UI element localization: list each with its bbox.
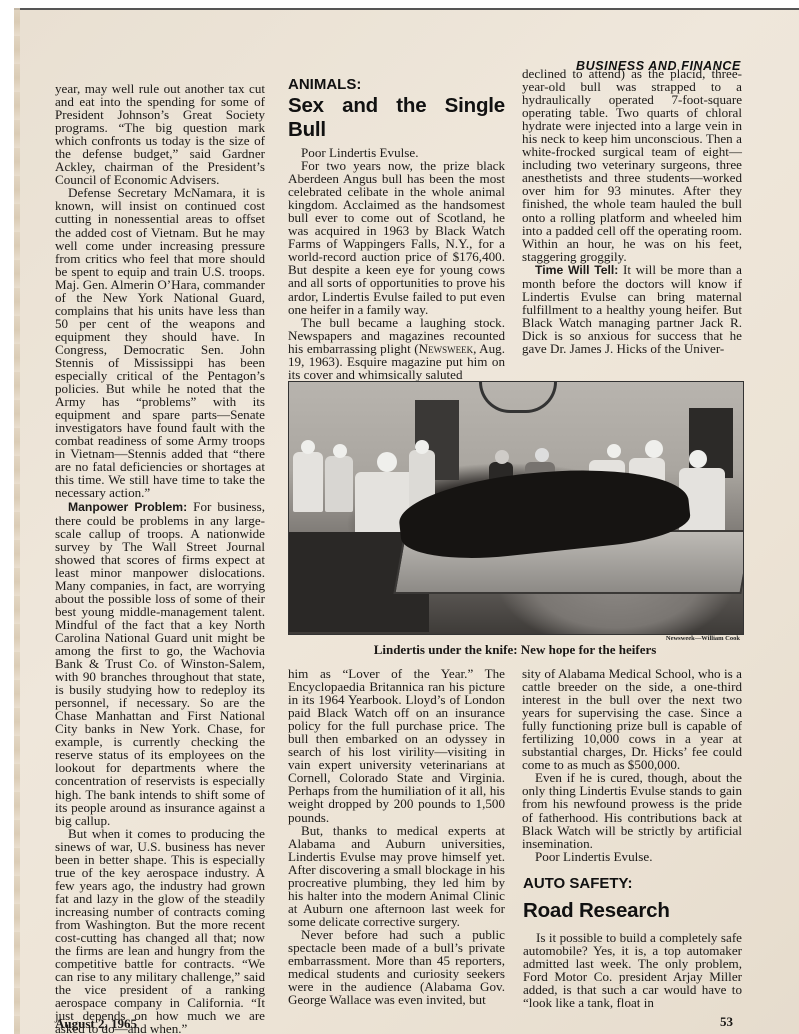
paragraph: The bull became a laughing stock. Newspa… xyxy=(288,316,505,381)
section-label-auto-safety: AUTO SAFETY: xyxy=(523,875,742,893)
paragraph: Even if he is cured, though, about the o… xyxy=(522,771,742,849)
paragraph: Poor Lindertis Evulse. xyxy=(522,850,742,863)
paragraph: Time Will Tell: It will be more than a m… xyxy=(522,263,742,355)
column-2-bottom: him as “Lover of the Year.” The Encyclop… xyxy=(288,667,505,1006)
subhead-time-will-tell: Time Will Tell: xyxy=(535,263,618,277)
auto-safety-article: AUTO SAFETY: Road Research Is it possibl… xyxy=(523,875,742,1009)
column-3-bottom: sity of Alabama Medical School, who is a… xyxy=(522,667,742,863)
surgery-photo xyxy=(288,381,744,635)
surgical-lamp xyxy=(479,382,557,413)
paragraph: Defense Secretary McNamara, it is known,… xyxy=(55,186,265,499)
paragraph: But when it comes to producing the sinew… xyxy=(55,827,265,1034)
paragraph: Manpower Problem: For business, there co… xyxy=(55,500,265,827)
paragraph: For two years now, the prize black Aberd… xyxy=(288,159,505,316)
paragraph: But, thanks to medical experts at Alabam… xyxy=(288,824,505,928)
section-label-animals: ANIMALS: xyxy=(288,76,505,94)
column-1: year, may well rule out another tax cut … xyxy=(55,82,265,1034)
photo-caption: Lindertis under the knife: New hope for … xyxy=(288,642,742,658)
page-number: 53 xyxy=(720,1014,733,1030)
headline-sex-and-the-single-bull: Sex and the Single Bull xyxy=(288,94,505,142)
torn-page-edge xyxy=(14,8,20,1034)
paragraph: year, may well rule out another tax cut … xyxy=(55,82,265,186)
paragraph: declined to attend) as the placid, three… xyxy=(522,67,742,263)
column-2-top: ANIMALS: Sex and the Single Bull Poor Li… xyxy=(288,76,505,381)
issue-date: August 2, 1965 xyxy=(55,1016,137,1032)
photo-credit: Newsweek—William Cook xyxy=(288,635,740,642)
column-3-top: declined to attend) as the placid, three… xyxy=(522,67,742,355)
headline-road-research: Road Research xyxy=(523,899,742,923)
paragraph: Never before had such a public spectacle… xyxy=(288,928,505,1006)
paragraph: him as “Lover of the Year.” The Encyclop… xyxy=(288,667,505,824)
paragraph: Is it possible to build a completely saf… xyxy=(523,931,742,1009)
subhead-manpower-problem: Manpower Problem: xyxy=(68,500,187,514)
paragraph: sity of Alabama Medical School, who is a… xyxy=(522,667,742,771)
